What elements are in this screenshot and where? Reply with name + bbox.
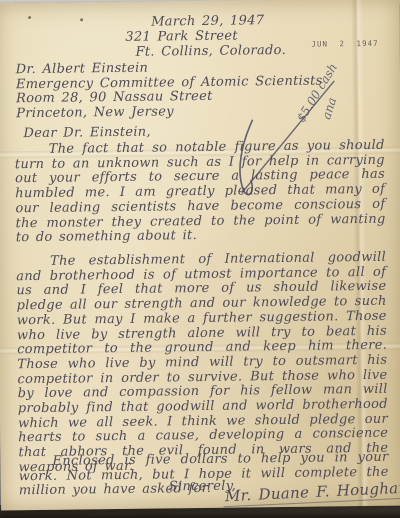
letter-paper: March 29, 1947 321 Park Street Ft. Colli… [0,0,400,510]
paragraph-1: The fact that so notable figure as you s… [15,139,386,246]
sender-city: Ft. Collins, Colorado. [135,43,286,60]
pin-hole [28,16,31,19]
received-date-stamp: JUN 2 1947 [311,39,378,49]
scanned-letter: March 29, 1947 321 Park Street Ft. Colli… [0,0,400,518]
paragraph-2: The establishment of International goodw… [16,251,389,476]
pin-hole [80,18,83,21]
salutation: Dear Dr. Einstein, [23,125,151,142]
recipient-address: Dr. Albert Einstein Emergency Committee … [16,59,323,121]
recipient-city: Princeton, New Jersey [16,103,323,121]
letter-date: March 29, 1947 [151,13,286,30]
sender-heading: March 29, 1947 321 Park Street Ft. Colli… [123,13,286,60]
